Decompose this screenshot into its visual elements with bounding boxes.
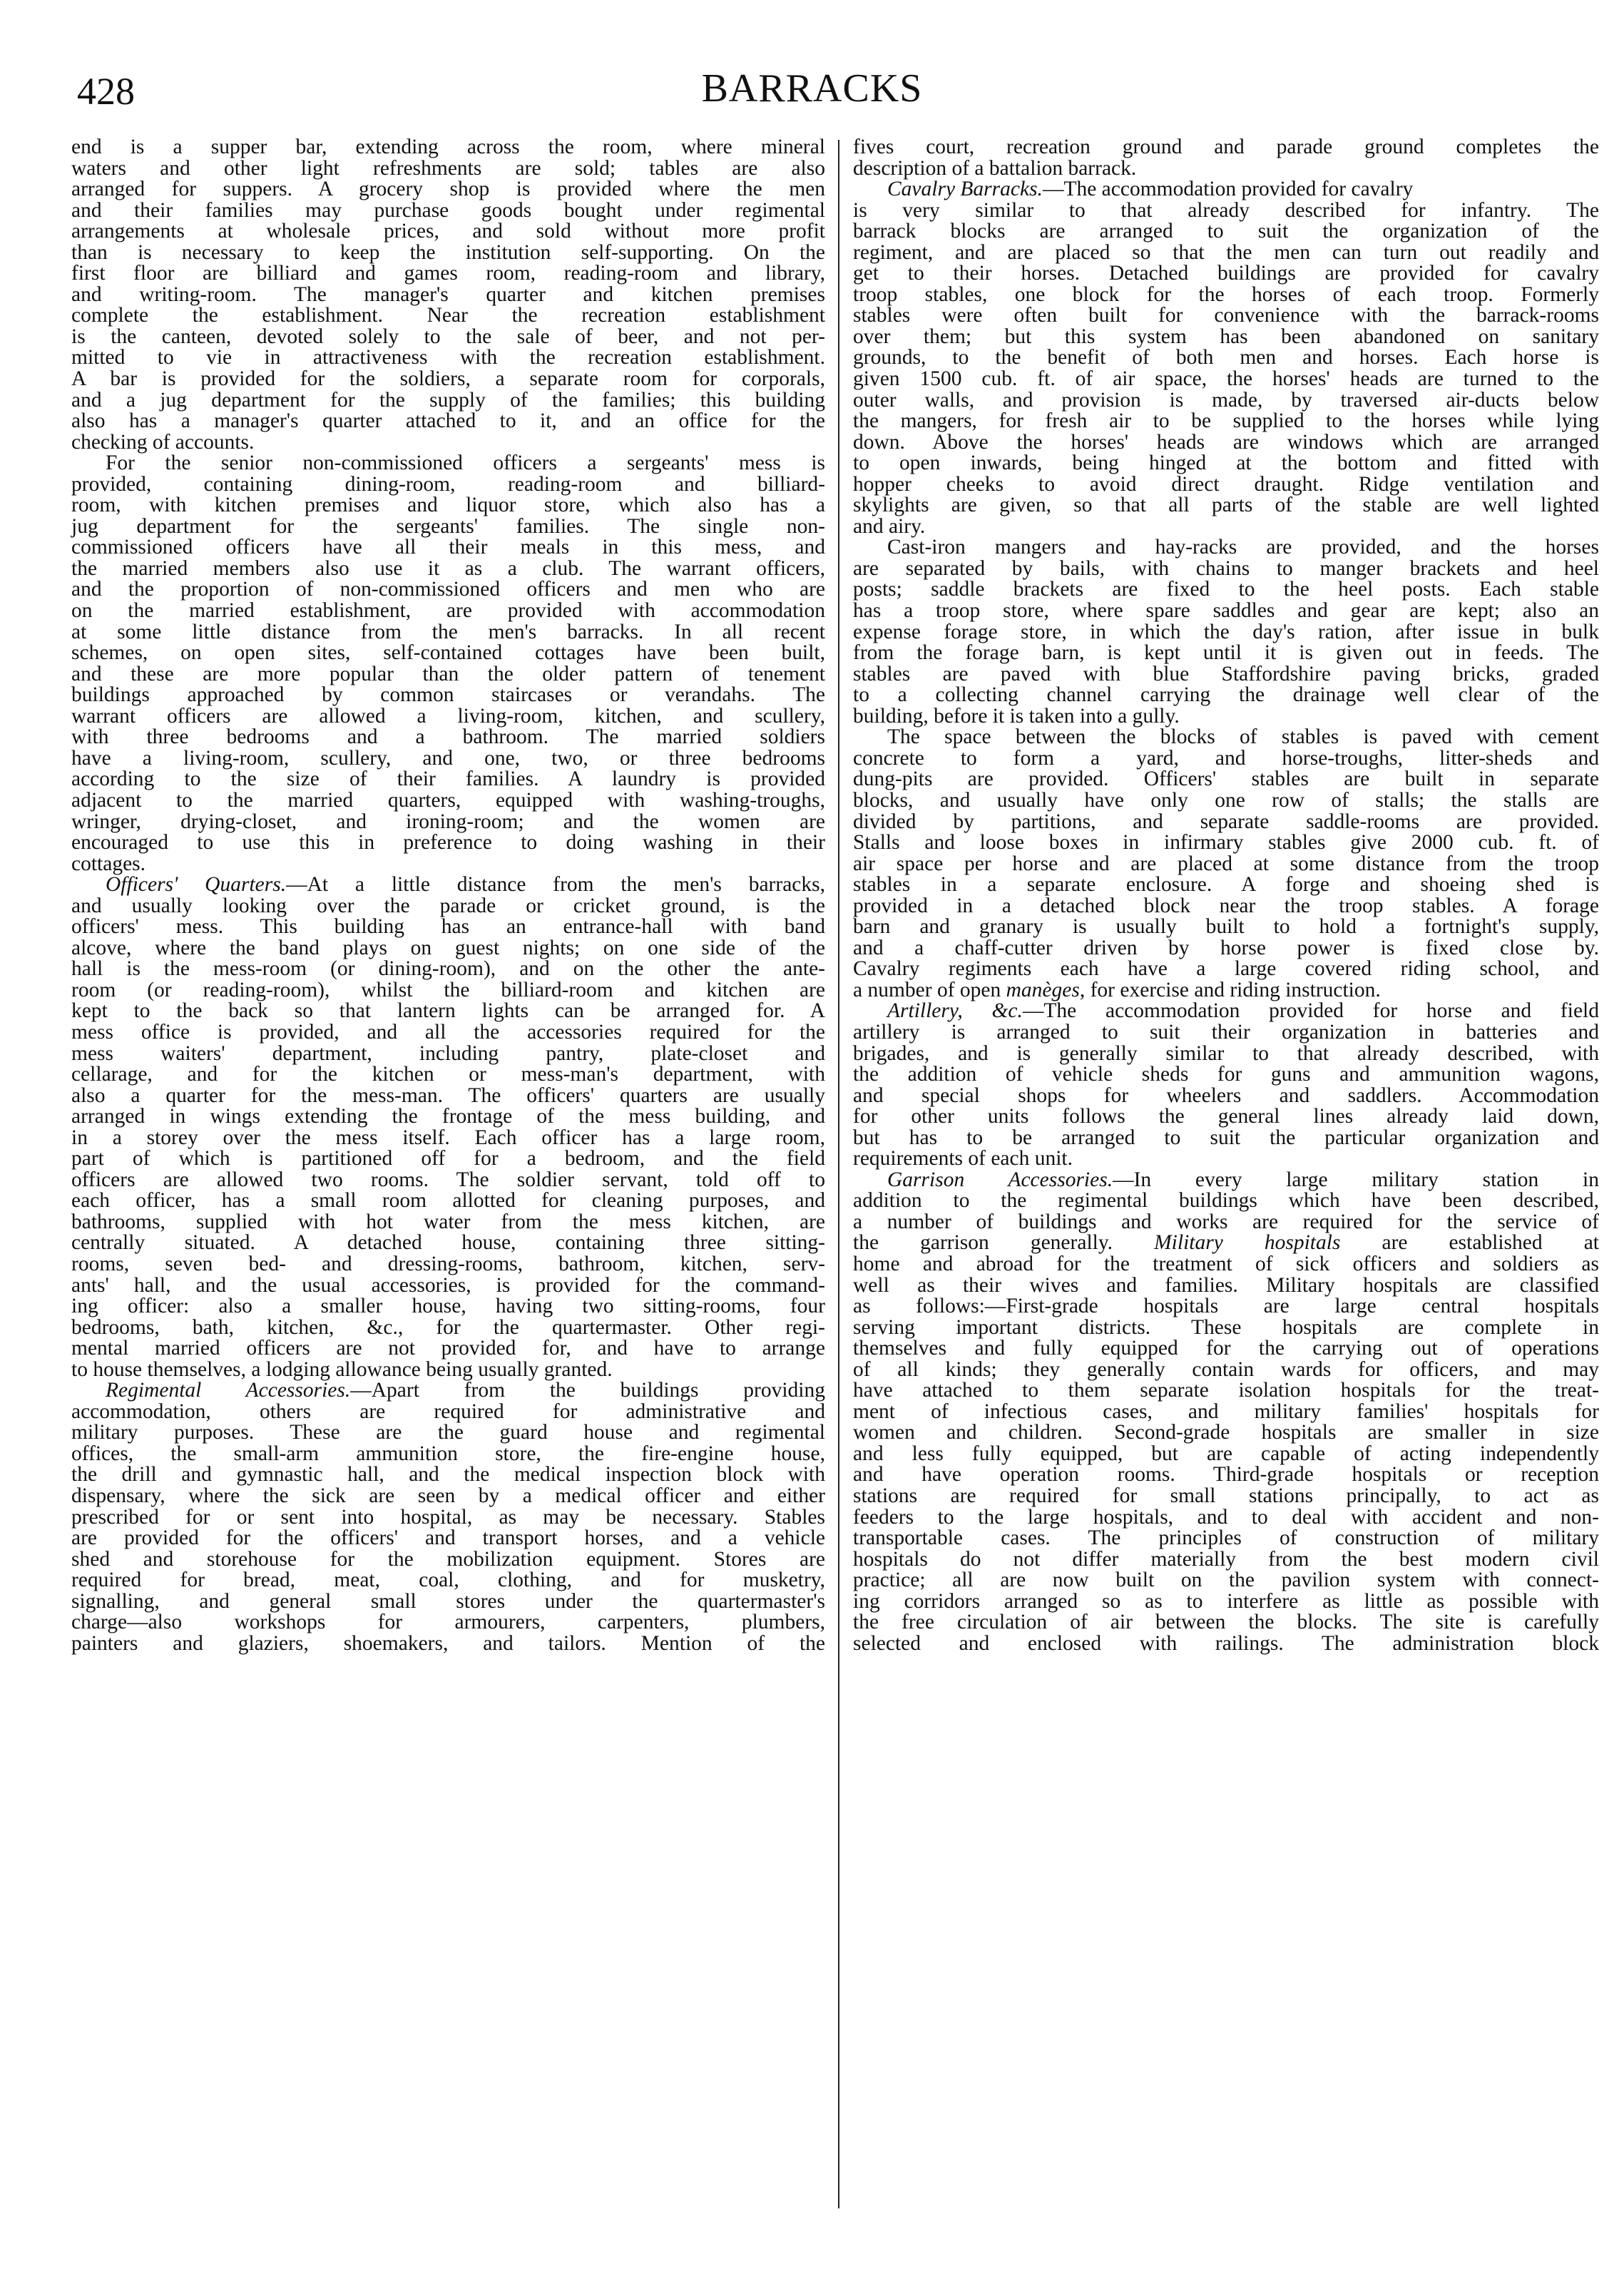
line-text: alcove, where the band plays on guest ni… xyxy=(71,937,825,959)
text-line: and a jug department for the supply of t… xyxy=(71,390,825,412)
text-line: For the senior non-commissioned officers… xyxy=(71,453,825,474)
line-text: bathrooms, supplied with hot water from … xyxy=(71,1210,825,1233)
text-line: checking of accounts. xyxy=(71,432,825,454)
text-line: in a storey over the mess itself. Each o… xyxy=(71,1128,825,1149)
text-line: the married members also use it as a clu… xyxy=(71,559,825,580)
line-text: concrete to form a yard, and horse-troug… xyxy=(853,747,1599,770)
text-line: posts; saddle brackets are fixed to the … xyxy=(853,579,1599,601)
line-text: with three bedrooms and a bathroom. The … xyxy=(71,725,825,748)
text-line: Garrison Accessories.—In every large mil… xyxy=(853,1170,1599,1191)
text-line: from the forage barn, is kept until it i… xyxy=(853,643,1599,664)
line-text: to open inwards, being hinged at the bot… xyxy=(853,452,1599,474)
text-line: home and abroad for the treatment of sic… xyxy=(853,1254,1599,1275)
line-text: buildings approached by common staircase… xyxy=(71,683,825,706)
text-line: to a collecting channel carrying the dra… xyxy=(853,685,1599,706)
line-text: themselves and fully equipped for the ca… xyxy=(853,1337,1599,1360)
line-text: mitted to vie in attractiveness with the… xyxy=(71,346,825,369)
line-text: to house themselves, a lodging allowance… xyxy=(71,1358,613,1381)
text-line: charge—also workshops for armourers, car… xyxy=(71,1612,825,1633)
text-line: encouraged to use this in preference to … xyxy=(71,832,825,854)
text-line: dung-pits are provided. Officers' stable… xyxy=(853,769,1599,790)
line-text: prescribed for or sent into hospital, as… xyxy=(71,1506,825,1529)
line-text: required for bread, meat, coal, clothing… xyxy=(71,1569,825,1591)
text-line: have a living-room, scullery, and one, t… xyxy=(71,748,825,770)
text-line: bedrooms, bath, kitchen, &c., for the qu… xyxy=(71,1317,825,1339)
text-line: painters and glaziers, shoemakers, and t… xyxy=(71,1633,825,1655)
text-line: accommodation, others are required for a… xyxy=(71,1402,825,1423)
line-text: home and abroad for the treatment of sic… xyxy=(853,1253,1599,1275)
line-text: kept to the back so that lantern lights … xyxy=(71,999,825,1022)
line-text: adjacent to the married quarters, equipp… xyxy=(71,789,825,812)
text-line: stables were often built for convenience… xyxy=(853,305,1599,327)
text-line: mess waiters' department, including pant… xyxy=(71,1044,825,1065)
text-line: for other units follows the general line… xyxy=(853,1106,1599,1128)
line-text: air space per horse and are placed at so… xyxy=(853,852,1599,875)
line-text: also has a manager's quarter attached to… xyxy=(71,409,825,432)
text-line: Officers' Quarters.—At a little distance… xyxy=(71,875,825,896)
line-text: and have operation rooms. Third-grade ho… xyxy=(853,1463,1599,1486)
line-text: posts; saddle brackets are fixed to the … xyxy=(853,578,1599,601)
line-text: mental married officers are not provided… xyxy=(71,1337,825,1360)
text-line: and these are more popular than the olde… xyxy=(71,664,825,685)
section-heading: Cavalry Barracks. xyxy=(887,178,1043,200)
line-text: from the forage barn, is kept until it i… xyxy=(853,641,1599,664)
line-text: and a jug department for the supply of t… xyxy=(71,389,825,412)
line-text: addition to the regimental buildings whi… xyxy=(853,1189,1599,1212)
text-line: provided, containing dining-room, readin… xyxy=(71,474,825,496)
line-text: cottages. xyxy=(71,852,145,875)
text-line: The space between the blocks of stables … xyxy=(853,727,1599,748)
text-line: and special shops for wheelers and saddl… xyxy=(853,1086,1599,1107)
text-line: ants' hall, and the usual accessories, i… xyxy=(71,1275,825,1297)
line-text: at some little distance from the men's b… xyxy=(71,621,825,643)
line-text: military purposes. These are the guard h… xyxy=(71,1421,825,1444)
text-line: and writing-room. The manager's quarter … xyxy=(71,285,825,306)
text-line: each officer, has a small room allotted … xyxy=(71,1191,825,1212)
line-text: are provided for the officers' and trans… xyxy=(71,1526,825,1549)
text-line: required for bread, meat, coal, clothing… xyxy=(71,1570,825,1591)
text-line: bathrooms, supplied with hot water from … xyxy=(71,1212,825,1233)
text-line: the mangers, for fresh air to be supplie… xyxy=(853,411,1599,432)
line-text: selected and enclosed with railings. The… xyxy=(853,1632,1599,1655)
text-line: building, before it is taken into a gull… xyxy=(853,706,1599,728)
line-text: rooms, seven bed- and dressing-rooms, ba… xyxy=(71,1253,825,1275)
line-text: offices, the small-arm ammunition store,… xyxy=(71,1442,825,1465)
text-line: officers are allowed two rooms. The sold… xyxy=(71,1170,825,1191)
text-line: down. Above the horses' heads are window… xyxy=(853,432,1599,454)
line-text: artillery is arranged to suit their orga… xyxy=(853,1021,1599,1044)
line-text: women and children. Second-grade hospita… xyxy=(853,1421,1599,1444)
line-text: —Apart from the buildings providing xyxy=(350,1379,825,1402)
line-text: Cavalry regiments each have a large cove… xyxy=(853,957,1599,980)
text-line: practice; all are now built on the pavil… xyxy=(853,1570,1599,1591)
text-line: as follows:—First-grade hospitals are la… xyxy=(853,1296,1599,1317)
text-line: over them; but this system has been aban… xyxy=(853,327,1599,348)
text-line: first floor are billiard and games room,… xyxy=(71,263,825,285)
text-line: stables in a separate enclosure. A forge… xyxy=(853,875,1599,896)
line-text: building, before it is taken into a gull… xyxy=(853,705,1180,728)
line-text: waters and other light refreshments are … xyxy=(71,157,825,180)
text-line: warrant officers are allowed a living-ro… xyxy=(71,706,825,728)
line-text: officers' mess. This building has an ent… xyxy=(71,915,825,938)
text-line: signalling, and general small stores und… xyxy=(71,1591,825,1613)
line-text: over them; but this system has been aban… xyxy=(853,325,1599,348)
line-text: given 1500 cub. ft. of air space, the ho… xyxy=(853,367,1599,390)
left-column: end is a supper bar, extending across th… xyxy=(71,137,825,1654)
text-line: brigades, and is generally similar to th… xyxy=(853,1044,1599,1065)
line-text: schemes, on open sites, self-contained c… xyxy=(71,641,825,664)
text-line: Cavalry Barracks.—The accommodation prov… xyxy=(853,179,1599,200)
text-line: waters and other light refreshments are … xyxy=(71,158,825,180)
line-text: in a storey over the mess itself. Each o… xyxy=(71,1126,825,1149)
text-line: buildings approached by common staircase… xyxy=(71,685,825,706)
text-line: serving important districts. These hospi… xyxy=(853,1317,1599,1339)
text-line: at some little distance from the men's b… xyxy=(71,622,825,643)
text-line: cottages. xyxy=(71,854,825,875)
text-line: and a chaff-cutter driven by horse power… xyxy=(853,938,1599,959)
line-text: dung-pits are provided. Officers' stable… xyxy=(853,768,1599,790)
line-text: transportable cases. The principles of c… xyxy=(853,1526,1599,1549)
line-text: the mangers, for fresh air to be supplie… xyxy=(853,409,1599,432)
text-line: Cavalry regiments each have a large cove… xyxy=(853,959,1599,980)
text-line: room (or reading-room), whilst the billi… xyxy=(71,980,825,1001)
line-text: arranged for suppers. A grocery shop is … xyxy=(71,178,825,200)
line-text: shed and storehouse for the mobilization… xyxy=(71,1548,825,1571)
line-text: hall is the mess-room (or dining-room), … xyxy=(71,957,825,980)
text-line: provided in a detached block near the tr… xyxy=(853,896,1599,917)
text-line: selected and enclosed with railings. The… xyxy=(853,1633,1599,1655)
text-line: the addition of vehicle sheds for guns a… xyxy=(853,1064,1599,1086)
text-line: ment of infectious cases, and military f… xyxy=(853,1402,1599,1423)
text-line: on the married establishment, are provid… xyxy=(71,601,825,622)
line-text: —The accommodation provided for horse an… xyxy=(1023,999,1599,1022)
text-line: and have operation rooms. Third-grade ho… xyxy=(853,1464,1599,1486)
line-text: —In every large military station in xyxy=(1113,1168,1599,1191)
running-title: BARRACKS xyxy=(0,66,1624,111)
line-text: a number of buildings and works are requ… xyxy=(853,1210,1599,1233)
line-text: A bar is provided for the soldiers, a se… xyxy=(71,367,825,390)
text-line: cellarage, and for the kitchen or mess-m… xyxy=(71,1064,825,1086)
text-line: is very similar to that already describe… xyxy=(853,200,1599,222)
text-line: divided by partitions, and separate sadd… xyxy=(853,812,1599,833)
text-line: than is necessary to keep the institutio… xyxy=(71,243,825,264)
line-text: signalling, and general small stores und… xyxy=(71,1590,825,1613)
line-text: according to the size of their families.… xyxy=(71,768,825,790)
line-text: to a collecting channel carrying the dra… xyxy=(853,683,1599,706)
line-text: have attached to them separate isolation… xyxy=(853,1379,1599,1402)
line-text: room (or reading-room), whilst the billi… xyxy=(71,979,825,1001)
line-text: has a troop store, where spare saddles a… xyxy=(853,599,1599,622)
line-text: and a chaff-cutter driven by horse power… xyxy=(853,937,1599,959)
text-line: hopper cheeks to avoid direct draught. R… xyxy=(853,474,1599,496)
text-line: well as their wives and families. Milita… xyxy=(853,1275,1599,1297)
text-line: addition to the regimental buildings whi… xyxy=(853,1191,1599,1212)
section-heading: Military hospitals xyxy=(1154,1231,1340,1254)
line-text: regiment, and are placed so that the men… xyxy=(853,241,1599,264)
text-line: wringer, drying-closet, and ironing-room… xyxy=(71,812,825,833)
text-line: according to the size of their families.… xyxy=(71,769,825,790)
line-text: cellarage, and for the kitchen or mess-m… xyxy=(71,1063,825,1086)
line-text: stables are paved with blue Staffordshir… xyxy=(853,663,1599,685)
line-text: description of a battalion barrack. xyxy=(853,157,1136,180)
text-line: and usually looking over the parade or c… xyxy=(71,896,825,917)
text-line: given 1500 cub. ft. of air space, the ho… xyxy=(853,369,1599,390)
text-line: and airy. xyxy=(853,516,1599,538)
text-line: commissioned officers have all their mea… xyxy=(71,537,825,559)
line-text: encouraged to use this in preference to … xyxy=(71,831,825,854)
text-line: barn and granary is usually built to hol… xyxy=(853,917,1599,938)
line-text: divided by partitions, and separate sadd… xyxy=(853,810,1599,833)
text-line: jug department for the sergeants' famili… xyxy=(71,516,825,538)
text-line: expense forage store, in which the day's… xyxy=(853,622,1599,643)
text-line: hospitals do not differ materially from … xyxy=(853,1549,1599,1571)
text-line: arrangements at wholesale prices, and so… xyxy=(71,221,825,243)
line-text: down. Above the horses' heads are window… xyxy=(853,431,1599,454)
line-text: for other units follows the general line… xyxy=(853,1105,1599,1128)
text-line: Stalls and loose boxes in infirmary stab… xyxy=(853,832,1599,854)
text-line: are provided for the officers' and trans… xyxy=(71,1528,825,1549)
line-text: but has to be arranged to suit the parti… xyxy=(853,1126,1599,1149)
line-text: and usually looking over the parade or c… xyxy=(71,894,825,917)
line-text: feeders to the large hospitals, and to d… xyxy=(853,1506,1599,1529)
line-text: stations are required for small stations… xyxy=(853,1484,1599,1507)
text-line: transportable cases. The principles of c… xyxy=(853,1528,1599,1549)
right-column: fives court, recreation ground and parad… xyxy=(853,137,1599,1654)
line-text: have a living-room, scullery, and one, t… xyxy=(71,747,825,770)
line-text: the married members also use it as a clu… xyxy=(71,557,825,580)
line-text: arranged in wings extending the frontage… xyxy=(71,1105,825,1128)
text-line: is the canteen, devoted solely to the sa… xyxy=(71,327,825,348)
line-text: is the canteen, devoted solely to the sa… xyxy=(71,325,825,348)
text-line: of all kinds; they generally contain war… xyxy=(853,1360,1599,1381)
section-heading: Regimental Accessories. xyxy=(106,1379,350,1402)
line-text: troop stables, one block for the horses … xyxy=(853,283,1599,306)
text-line: troop stables, one block for the horses … xyxy=(853,285,1599,306)
line-text: ment of infectious cases, and military f… xyxy=(853,1400,1599,1423)
line-text: first floor are billiard and games room,… xyxy=(71,262,825,285)
text-line: to open inwards, being hinged at the bot… xyxy=(853,453,1599,474)
text-line: room, with kitchen premises and liquor s… xyxy=(71,495,825,516)
text-line: shed and storehouse for the mobilization… xyxy=(71,1549,825,1571)
text-line: hall is the mess-room (or dining-room), … xyxy=(71,959,825,980)
text-line: Regimental Accessories.—Apart from the b… xyxy=(71,1380,825,1402)
line-text: , for exercise and riding instruction. xyxy=(1080,979,1381,1001)
column-divider xyxy=(838,140,839,2208)
text-line: get to their horses. Detached buildings … xyxy=(853,263,1599,285)
line-text: hopper cheeks to avoid direct draught. R… xyxy=(853,473,1599,496)
text-line: mental married officers are not provided… xyxy=(71,1338,825,1360)
text-line: mitted to vie in attractiveness with the… xyxy=(71,347,825,369)
text-line: end is a supper bar, extending across th… xyxy=(71,137,825,158)
text-line: offices, the small-arm ammunition store,… xyxy=(71,1444,825,1465)
text-line: centrally situated. A detached house, co… xyxy=(71,1233,825,1254)
text-line: also a quarter for the mess-man. The off… xyxy=(71,1086,825,1107)
line-text: bedrooms, bath, kitchen, &c., for the qu… xyxy=(71,1316,825,1339)
section-heading: Officers' Quarters. xyxy=(106,873,286,896)
line-text: stables were often built for convenience… xyxy=(853,304,1599,327)
text-line: adjacent to the married quarters, equipp… xyxy=(71,790,825,812)
text-line: kept to the back so that lantern lights … xyxy=(71,1001,825,1022)
line-text: ants' hall, and the usual accessories, i… xyxy=(71,1274,825,1297)
line-text: outer walls, and provision is made, by t… xyxy=(853,389,1599,412)
text-line: complete the establishment. Near the rec… xyxy=(71,305,825,327)
text-line: to house themselves, a lodging allowance… xyxy=(71,1360,825,1381)
text-line: regiment, and are placed so that the men… xyxy=(853,243,1599,264)
text-line: Artillery, &c.—The accommodation provide… xyxy=(853,1001,1599,1022)
text-line: a number of buildings and works are requ… xyxy=(853,1212,1599,1233)
line-text: wringer, drying-closet, and ironing-room… xyxy=(71,810,825,833)
line-text: barn and granary is usually built to hol… xyxy=(853,915,1599,938)
text-line: skylights are given, so that all parts o… xyxy=(853,495,1599,516)
text-line: grounds, to the benefit of both men and … xyxy=(853,347,1599,369)
line-text: painters and glaziers, shoemakers, and t… xyxy=(71,1632,825,1655)
line-text: provided in a detached block near the tr… xyxy=(853,894,1599,917)
line-text: as follows:—First-grade hospitals are la… xyxy=(853,1295,1599,1317)
line-prefix: the garrison generally. xyxy=(853,1231,1154,1254)
line-text: and writing-room. The manager's quarter … xyxy=(71,283,825,306)
line-text: and special shops for wheelers and saddl… xyxy=(853,1084,1599,1107)
text-line: rooms, seven bed- and dressing-rooms, ba… xyxy=(71,1254,825,1275)
section-heading: Garrison Accessories. xyxy=(887,1168,1113,1191)
text-line: barrack blocks are arranged to suit the … xyxy=(853,221,1599,243)
line-text: mess office is provided, and all the acc… xyxy=(71,1021,825,1044)
text-line: Cast-iron mangers and hay-racks are prov… xyxy=(853,537,1599,559)
text-line: concrete to form a yard, and horse-troug… xyxy=(853,748,1599,770)
line-text: and airy. xyxy=(853,515,925,538)
line-text: and their families may purchase goods bo… xyxy=(71,199,825,222)
text-line: but has to be arranged to suit the parti… xyxy=(853,1128,1599,1149)
text-line: officers' mess. This building has an ent… xyxy=(71,917,825,938)
line-text: ing officer: also a smaller house, havin… xyxy=(71,1295,825,1317)
text-line: dispensary, where the sick are seen by a… xyxy=(71,1486,825,1507)
text-line: alcove, where the band plays on guest ni… xyxy=(71,938,825,959)
text-line: ing officer: also a smaller house, havin… xyxy=(71,1296,825,1317)
line-text: are established at xyxy=(1340,1231,1599,1254)
text-line: requirements of each unit. xyxy=(853,1148,1599,1170)
line-text: hospitals do not differ materially from … xyxy=(853,1548,1599,1571)
line-text: each officer, has a small room allotted … xyxy=(71,1189,825,1212)
line-text: get to their horses. Detached buildings … xyxy=(853,262,1599,285)
line-text: warrant officers are allowed a living-ro… xyxy=(71,705,825,728)
text-line: the drill and gymnastic hall, and the me… xyxy=(71,1464,825,1486)
text-line: artillery is arranged to suit their orga… xyxy=(853,1022,1599,1044)
text-line: arranged in wings extending the frontage… xyxy=(71,1106,825,1128)
text-line: a number of open manèges, for exercise a… xyxy=(853,980,1599,1001)
line-text: For the senior non-commissioned officers… xyxy=(106,452,825,474)
line-text: dispensary, where the sick are seen by a… xyxy=(71,1484,825,1507)
text-line: blocks, and usually have only one row of… xyxy=(853,790,1599,812)
line-text: and the proportion of non-commissioned o… xyxy=(71,578,825,601)
text-line: stations are required for small stations… xyxy=(853,1486,1599,1507)
line-text: requirements of each unit. xyxy=(853,1147,1073,1170)
line-text: arrangements at wholesale prices, and so… xyxy=(71,220,825,243)
line-text: jug department for the sergeants' famili… xyxy=(71,515,825,538)
line-text: —The accommodation provided for cavalry xyxy=(1043,178,1413,200)
text-line: with three bedrooms and a bathroom. The … xyxy=(71,727,825,748)
line-text: skylights are given, so that all parts o… xyxy=(853,494,1599,516)
text-line: A bar is provided for the soldiers, a se… xyxy=(71,369,825,390)
line-text: the free circulation of air between the … xyxy=(853,1611,1599,1633)
line-text: fives court, recreation ground and parad… xyxy=(853,136,1599,158)
line-text: also a quarter for the mess-man. The off… xyxy=(71,1084,825,1107)
line-text: stables in a separate enclosure. A forge… xyxy=(853,873,1599,896)
text-line: mess office is provided, and all the acc… xyxy=(71,1022,825,1044)
line-text: is very similar to that already describe… xyxy=(853,199,1599,222)
line-text: The space between the blocks of stables … xyxy=(887,725,1599,748)
line-text: mess waiters' department, including pant… xyxy=(71,1042,825,1065)
line-text: barrack blocks are arranged to suit the … xyxy=(853,220,1599,243)
line-text: and less fully equipped, but are capable… xyxy=(853,1442,1599,1465)
line-prefix: a number of open xyxy=(853,979,1006,1001)
line-text: charge—also workshops for armourers, car… xyxy=(71,1611,825,1633)
line-text: than is necessary to keep the institutio… xyxy=(71,241,825,264)
text-line: also has a manager's quarter attached to… xyxy=(71,411,825,432)
text-line: has a troop store, where spare saddles a… xyxy=(853,601,1599,622)
text-line: feeders to the large hospitals, and to d… xyxy=(853,1507,1599,1529)
line-text: brigades, and is generally similar to th… xyxy=(853,1042,1599,1065)
text-line: the garrison generally. Military hospita… xyxy=(853,1233,1599,1254)
text-line: the free circulation of air between the … xyxy=(853,1612,1599,1633)
text-line: prescribed for or sent into hospital, as… xyxy=(71,1507,825,1529)
text-line: part of which is partitioned off for a b… xyxy=(71,1148,825,1170)
text-line: and their families may purchase goods bo… xyxy=(71,200,825,222)
text-line: women and children. Second-grade hospita… xyxy=(853,1422,1599,1444)
text-line: are separated by bails, with chains to m… xyxy=(853,559,1599,580)
line-text: the drill and gymnastic hall, and the me… xyxy=(71,1463,825,1486)
line-text: practice; all are now built on the pavil… xyxy=(853,1569,1599,1591)
line-text: provided, containing dining-room, readin… xyxy=(71,473,825,496)
text-line: military purposes. These are the guard h… xyxy=(71,1422,825,1444)
text-line: description of a battalion barrack. xyxy=(853,158,1599,180)
text-line: themselves and fully equipped for the ca… xyxy=(853,1338,1599,1360)
line-text: commissioned officers have all their mea… xyxy=(71,536,825,559)
line-text: expense forage store, in which the day's… xyxy=(853,621,1599,643)
line-text: serving important districts. These hospi… xyxy=(853,1316,1599,1339)
text-line: have attached to them separate isolation… xyxy=(853,1380,1599,1402)
line-text: end is a supper bar, extending across th… xyxy=(71,136,825,158)
text-line: and the proportion of non-commissioned o… xyxy=(71,579,825,601)
line-text: complete the establishment. Near the rec… xyxy=(71,304,825,327)
text-line: ing corridors arranged so as to interfer… xyxy=(853,1591,1599,1613)
line-text: ing corridors arranged so as to interfer… xyxy=(853,1590,1599,1613)
line-text: accommodation, others are required for a… xyxy=(71,1400,825,1423)
line-text: —At a little distance from the men's bar… xyxy=(286,873,825,896)
section-heading: manèges xyxy=(1006,979,1080,1001)
line-text: grounds, to the benefit of both men and … xyxy=(853,346,1599,369)
line-text: on the married establishment, are provid… xyxy=(71,599,825,622)
line-text: officers are allowed two rooms. The sold… xyxy=(71,1168,825,1191)
line-text: Stalls and loose boxes in infirmary stab… xyxy=(853,831,1599,854)
text-line: schemes, on open sites, self-contained c… xyxy=(71,643,825,664)
line-text: blocks, and usually have only one row of… xyxy=(853,789,1599,812)
line-text: part of which is partitioned off for a b… xyxy=(71,1147,825,1170)
text-line: air space per horse and are placed at so… xyxy=(853,854,1599,875)
line-text: well as their wives and families. Milita… xyxy=(853,1274,1599,1297)
line-text: room, with kitchen premises and liquor s… xyxy=(71,494,825,516)
text-line: fives court, recreation ground and parad… xyxy=(853,137,1599,158)
text-line: arranged for suppers. A grocery shop is … xyxy=(71,179,825,200)
line-text: Cast-iron mangers and hay-racks are prov… xyxy=(887,536,1599,559)
line-text: and these are more popular than the olde… xyxy=(71,663,825,685)
text-line: outer walls, and provision is made, by t… xyxy=(853,390,1599,412)
line-text: of all kinds; they generally contain war… xyxy=(853,1358,1599,1381)
text-line: stables are paved with blue Staffordshir… xyxy=(853,664,1599,685)
section-heading: Artillery, &c. xyxy=(887,999,1023,1022)
line-text: checking of accounts. xyxy=(71,431,254,454)
line-text: are separated by bails, with chains to m… xyxy=(853,557,1599,580)
text-line: and less fully equipped, but are capable… xyxy=(853,1444,1599,1465)
line-text: the addition of vehicle sheds for guns a… xyxy=(853,1063,1599,1086)
